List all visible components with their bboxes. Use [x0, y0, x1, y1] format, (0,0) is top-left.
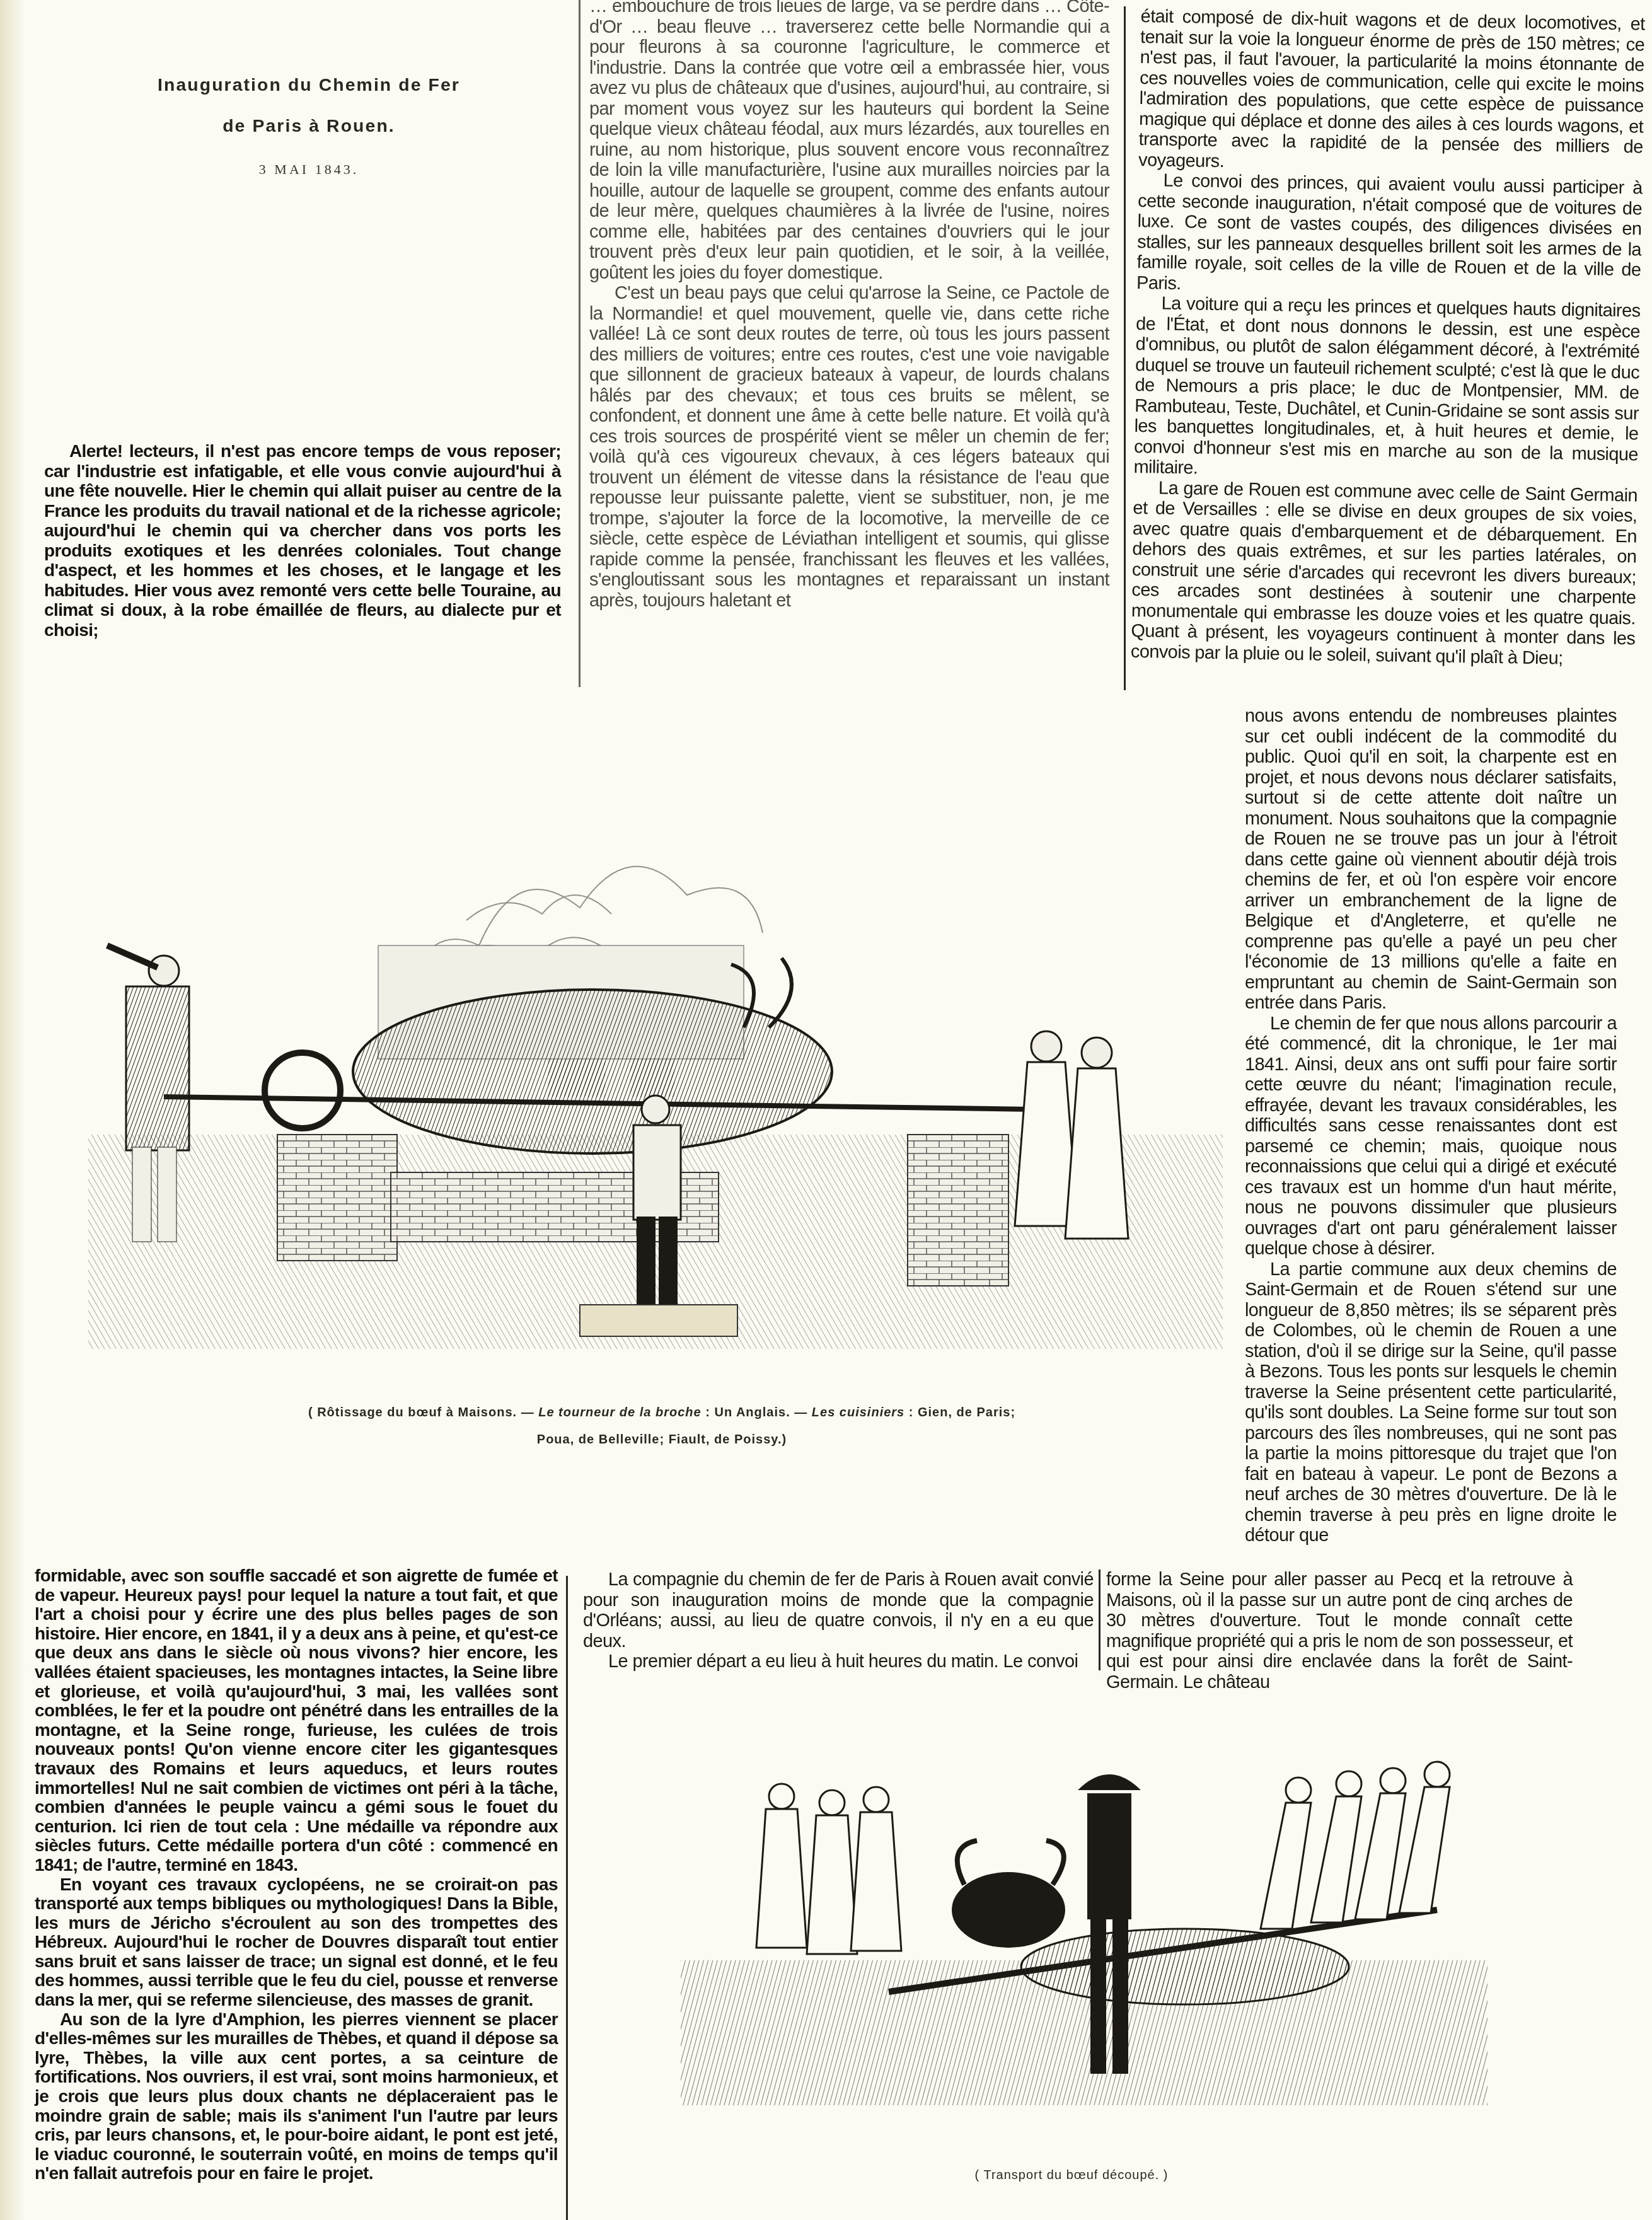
illustration-ox-roasting	[88, 756, 1223, 1361]
column-rule-left	[579, 0, 581, 687]
column-rule-bottom-middle	[1099, 1570, 1100, 1670]
right-paragraph-3: La voiture qui a reçu les princes et que…	[1133, 293, 1640, 485]
bottom-left-column: formidable, avec son souffle saccadé et …	[35, 1566, 558, 2183]
right-paragraph-4: La gare de Rouen est commune avec celle …	[1131, 477, 1638, 669]
middle-paragraph-1: … embouchure de trois lieues de large, v…	[589, 0, 1109, 283]
bottom-middle-paragraph-2: Le premier départ a eu lieu à huit heure…	[583, 1651, 1094, 1672]
column-rule-middle	[1124, 6, 1126, 690]
intro-column: Alerte! lecteurs, il n'est pas encore te…	[44, 441, 561, 640]
right-paragraph-2: Le convoi des princes, qui avaient voulu…	[1136, 170, 1643, 301]
illustration-ox-roasting-caption: ( Rôtissage du bœuf à Maisons. — Le tour…	[189, 1406, 1135, 1447]
right-column: était composé de dix-huit wagons et de d…	[1131, 6, 1645, 669]
middle-paragraph-2: C'est un beau pays que celui qu'arrose l…	[589, 283, 1109, 611]
caption-line-2: Poua, de Belleville; Fiault, de Poissy.)	[189, 1433, 1135, 1447]
right-column-continued: nous avons entendu de nombreuses plainte…	[1245, 706, 1617, 1546]
middle-column: … embouchure de trois lieues de large, v…	[589, 0, 1109, 611]
bottom-left-paragraph-1: formidable, avec son souffle saccadé et …	[35, 1566, 558, 1875]
page-binding-shadow	[0, 0, 25, 2220]
right-paragraph-1: était composé de dix-huit wagons et de d…	[1138, 6, 1645, 178]
column-rule-bottom-left	[566, 1576, 568, 2220]
article-title-line-1: Inauguration du Chemin de Fer	[51, 76, 567, 95]
bottom-right-paragraph-1: forme la Seine pour aller passer au Pecq…	[1106, 1570, 1573, 1692]
article-date: 3 MAI 1843.	[63, 161, 555, 178]
bottom-right-column: forme la Seine pour aller passer au Pecq…	[1106, 1570, 1573, 1692]
article-header: Inauguration du Chemin de Fer de Paris à…	[63, 76, 555, 178]
bottom-middle-column: La compagnie du chemin de fer de Paris à…	[583, 1570, 1094, 1672]
illustration-ox-transport	[681, 1721, 1487, 2137]
illustration-ox-transport-caption: ( Transport du bœuf découpé. )	[851, 2168, 1292, 2183]
bottom-left-paragraph-2: En voyant ces travaux cyclopéens, ne se …	[35, 1875, 558, 2010]
right-cont-paragraph-3: La partie commune aux deux chemins de Sa…	[1245, 1259, 1617, 1546]
engraving-ox-roasting-icon	[88, 756, 1223, 1361]
caption-line-1: ( Rôtissage du bœuf à Maisons. — Le tour…	[189, 1406, 1135, 1420]
intro-paragraph: Alerte! lecteurs, il n'est pas encore te…	[44, 441, 561, 640]
engraving-ox-transport-icon	[681, 1721, 1487, 2137]
bottom-left-paragraph-3: Au son de la lyre d'Amphion, les pierres…	[35, 2010, 558, 2183]
bottom-middle-paragraph-1: La compagnie du chemin de fer de Paris à…	[583, 1570, 1094, 1651]
article-title-line-2: de Paris à Rouen.	[51, 117, 567, 136]
right-cont-paragraph-2: Le chemin de fer que nous allons parcour…	[1245, 1014, 1617, 1259]
right-cont-paragraph-1: nous avons entendu de nombreuses plainte…	[1245, 706, 1617, 1014]
